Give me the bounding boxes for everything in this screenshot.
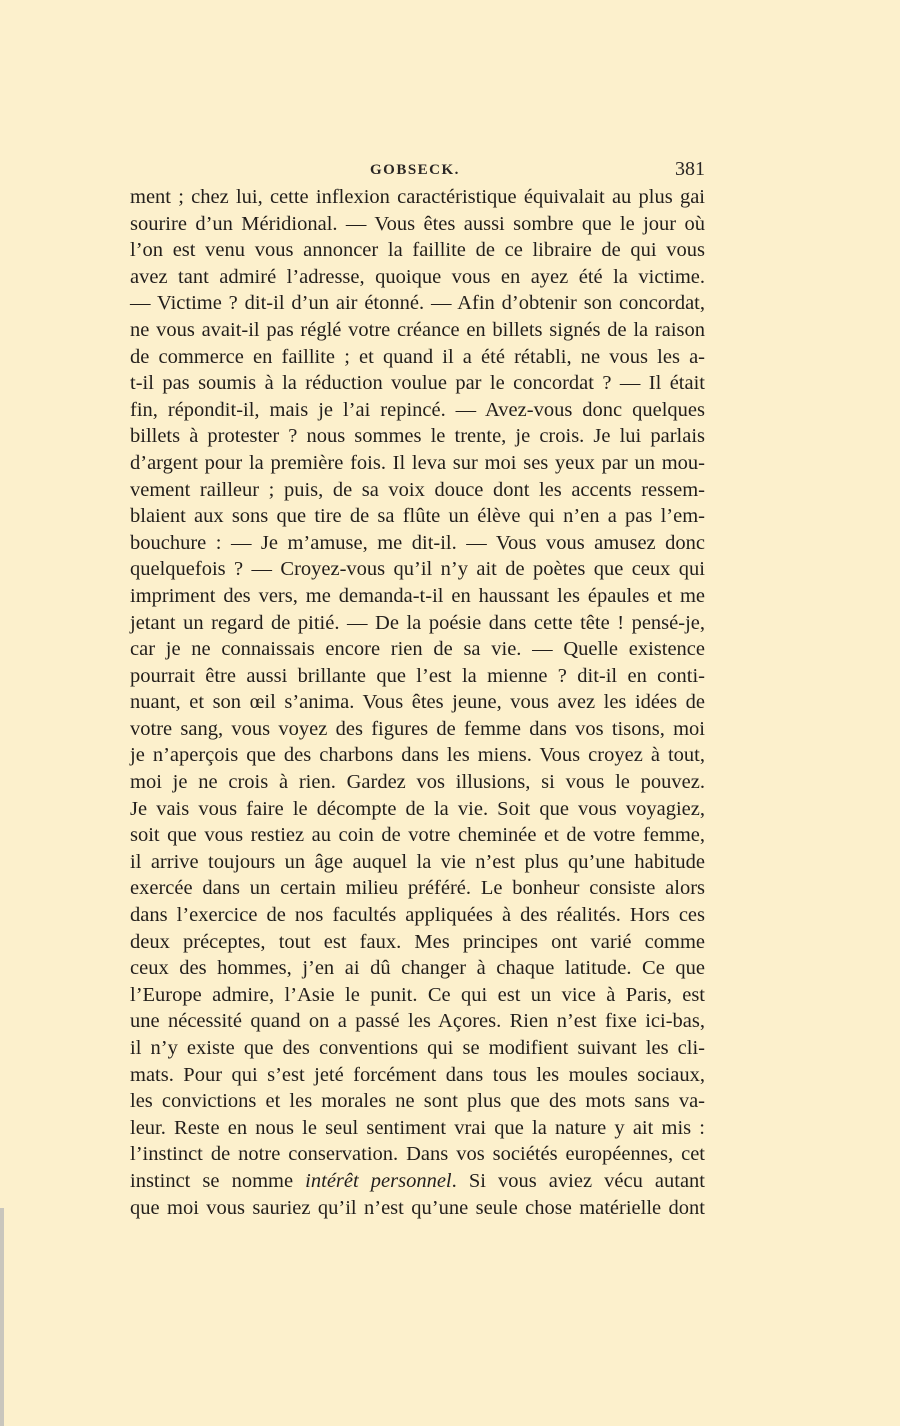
text-line: t-il pas soumis à la réduction voulue pa…: [130, 370, 705, 397]
text-line: l’Europe admire, l’Asie le punit. Ce qui…: [130, 982, 705, 1009]
text-line: il n’y existe que des conventions qui se…: [130, 1035, 705, 1062]
text-line: moi je ne crois à rien. Gardez vos illus…: [130, 769, 705, 796]
text-line: votre sang, vous voyez des figures de fe…: [130, 716, 705, 743]
text-line: Je vais vous faire le décompte de la vie…: [130, 796, 705, 823]
text-line: l’on est venu vous annoncer la faillite …: [130, 237, 705, 264]
text-line: car je ne connaissais encore rien de sa …: [130, 636, 705, 663]
text-line: ment ; chez lui, cette inflexion caracté…: [130, 184, 705, 211]
body-text: ment ; chez lui, cette inflexion caracté…: [130, 184, 705, 1221]
text-segment: instinct se nomme: [130, 1170, 305, 1192]
text-line: — Victime ? dit-il d’un air étonné. — Af…: [130, 290, 705, 317]
text-line: impriment des vers, me demanda-t-il en h…: [130, 583, 705, 610]
book-page: GOBSECK. 381 ment ; chez lui, cette infl…: [0, 0, 900, 1426]
text-line: dans l’exercice de nos facultés appliqué…: [130, 902, 705, 929]
text-line: avez tant admiré l’adresse, quoique vous…: [130, 264, 705, 291]
text-line: sourire d’un Méridional. — Vous êtes aus…: [130, 211, 705, 238]
text-segment: . Si vous aviez vécu autant: [452, 1170, 705, 1192]
text-line: que moi vous sauriez qu’il n’est qu’une …: [130, 1195, 705, 1222]
italic-emphasis: intérêt personnel: [305, 1170, 451, 1192]
text-line: jetant un regard de pitié. — De la poési…: [130, 610, 705, 637]
text-line: leur. Reste en nous le seul sentiment vr…: [130, 1115, 705, 1142]
text-line: il arrive toujours un âge auquel la vie …: [130, 849, 705, 876]
text-line: pourrait être aussi brillante que l’est …: [130, 663, 705, 690]
page-edge-shadow: [0, 1208, 4, 1426]
text-line: soit que vous restiez au coin de votre c…: [130, 822, 705, 849]
text-line: l’instinct de notre conservation. Dans v…: [130, 1141, 705, 1168]
text-line: ceux des hommes, j’en ai dû changer à ch…: [130, 955, 705, 982]
running-title: GOBSECK.: [370, 162, 460, 179]
text-line-emphasis: instinct se nomme intérêt personnel. Si …: [130, 1168, 705, 1195]
text-line: exercée dans un certain milieu préféré. …: [130, 875, 705, 902]
text-line: deux préceptes, tout est faux. Mes princ…: [130, 929, 705, 956]
text-line: ne vous avait-il pas réglé votre créance…: [130, 317, 705, 344]
text-line: une nécessité quand on a passé les Açore…: [130, 1008, 705, 1035]
text-line: de commerce en faillite ; et quand il a …: [130, 344, 705, 371]
text-line: d’argent pour la première fois. Il leva …: [130, 450, 705, 477]
text-line: vement railleur ; puis, de sa voix douce…: [130, 477, 705, 504]
text-line: les convictions et les morales ne sont p…: [130, 1088, 705, 1115]
text-line: mats. Pour qui s’est jeté forcément dans…: [130, 1062, 705, 1089]
text-line: bouchure : — Je m’amuse, me dit-il. — Vo…: [130, 530, 705, 557]
page-header: GOBSECK. 381: [130, 158, 705, 182]
text-line: fin, répondit-il, mais je l’ai repincé. …: [130, 397, 705, 424]
text-line: nuant, et son œil s’anima. Vous êtes jeu…: [130, 689, 705, 716]
text-line: je n’aperçois que des charbons dans les …: [130, 742, 705, 769]
text-line: billets à protester ? nous sommes le tre…: [130, 423, 705, 450]
text-line: blaient aux sons que tire de sa flûte un…: [130, 503, 705, 530]
page-number: 381: [675, 158, 705, 181]
text-line: quelquefois ? — Croyez-vous qu’il n’y ai…: [130, 556, 705, 583]
